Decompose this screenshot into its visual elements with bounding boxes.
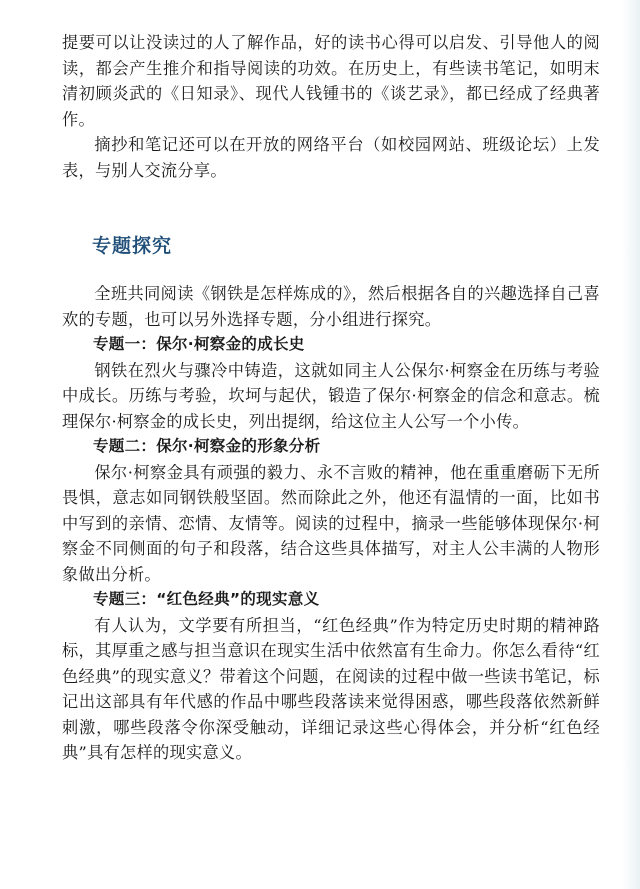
section-intro: 全班共同阅读《钢铁是怎样炼成的》，然后根据各自的兴趣选择自己喜欢的专题，也可以另… xyxy=(62,281,600,332)
topic-3-heading: 专题三：“红色经典”的现实意义 xyxy=(62,587,600,613)
topic-1-body: 钢铁在烈火与骤冷中铸造，这就如同主人公保尔·柯察金在历练与考验中成长。历练与考验… xyxy=(62,358,600,435)
page-scan-edge xyxy=(622,0,640,889)
paragraph-online-sharing: 摘抄和笔记还可以在开放的网络平台（如校园网站、班级论坛）上发表，与别人交流分享。 xyxy=(62,132,600,183)
topic-3-body: 有人认为，文学要有所担当，“红色经典”作为特定历史时期的精神路标，其厚重之感与担… xyxy=(62,613,600,766)
reading-notes-continuation: 提要可以让没读过的人了解作品，好的读书心得可以启发、引导他人的阅读，都会产生推介… xyxy=(62,30,600,183)
paragraph-notes-function: 提要可以让没读过的人了解作品，好的读书心得可以启发、引导他人的阅读，都会产生推介… xyxy=(62,30,600,132)
topic-2-heading: 专题二：保尔·柯察金的形象分析 xyxy=(62,434,600,460)
topic-2-body: 保尔·柯察金具有顽强的毅力、永不言败的精神，他在重重磨砺下无所畏惧，意志如同钢铁… xyxy=(62,460,600,588)
topic-1-heading: 专题一：保尔·柯察金的成长史 xyxy=(62,332,600,358)
section-title: 专题探究 xyxy=(92,231,172,258)
topic-exploration-section: 全班共同阅读《钢铁是怎样炼成的》，然后根据各自的兴趣选择自己喜欢的专题，也可以另… xyxy=(62,281,600,766)
